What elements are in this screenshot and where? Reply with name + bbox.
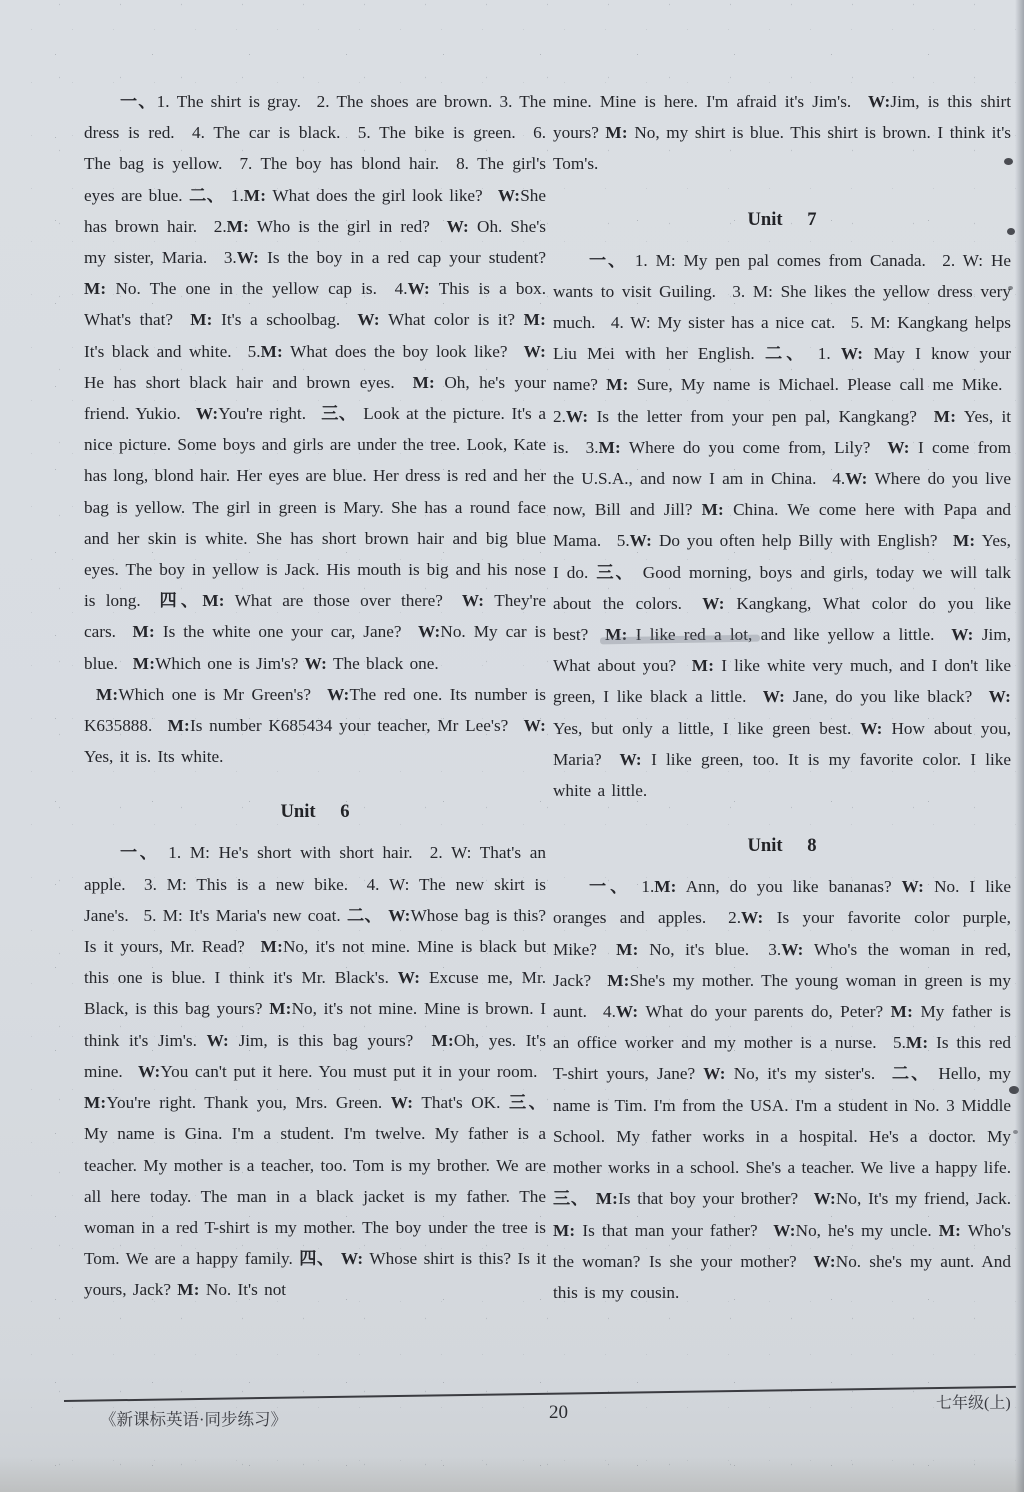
footer-page-number: 20 [549,1402,568,1424]
left-column: 一、1. The shirt is gray. 2. The shoes are… [84,86,546,1306]
paragraph: 一、 1. M: He's short with short hair. 2. … [84,837,546,1305]
footer-book-title: 《新课标英语·同步练习》 [100,1406,287,1430]
paragraph: mine. Mine is here. I'm afraid it's Jim'… [553,86,1011,180]
paragraph: 一、1. The shirt is gray. 2. The shoes are… [84,86,546,679]
unit-heading: Unit 8 [553,830,1011,861]
scan-speck-artifact [1007,228,1015,235]
footer-grade-label: 七年级(上) [936,1390,1011,1413]
unit-heading: Unit 6 [84,796,546,827]
unit-heading: Unit 7 [553,204,1011,235]
scan-speck-artifact [1004,158,1013,165]
scanned-page: 一、1. The shirt is gray. 2. The shoes are… [0,0,1024,1492]
scan-edge-shadow [1015,0,1024,1492]
footer-rule [64,1386,1016,1402]
scan-bottom-shade [0,1456,1024,1492]
paragraph: M:Which one is Mr Green's? W:The red one… [84,679,546,773]
right-column: mine. Mine is here. I'm afraid it's Jim'… [553,86,1011,1308]
paragraph: 一、 1. M: My pen pal comes from Canada. 2… [553,245,1011,807]
paragraph: 一、 1.M: Ann, do you like bananas? W: No.… [553,871,1011,1308]
scan-speck-artifact [1008,286,1013,290]
